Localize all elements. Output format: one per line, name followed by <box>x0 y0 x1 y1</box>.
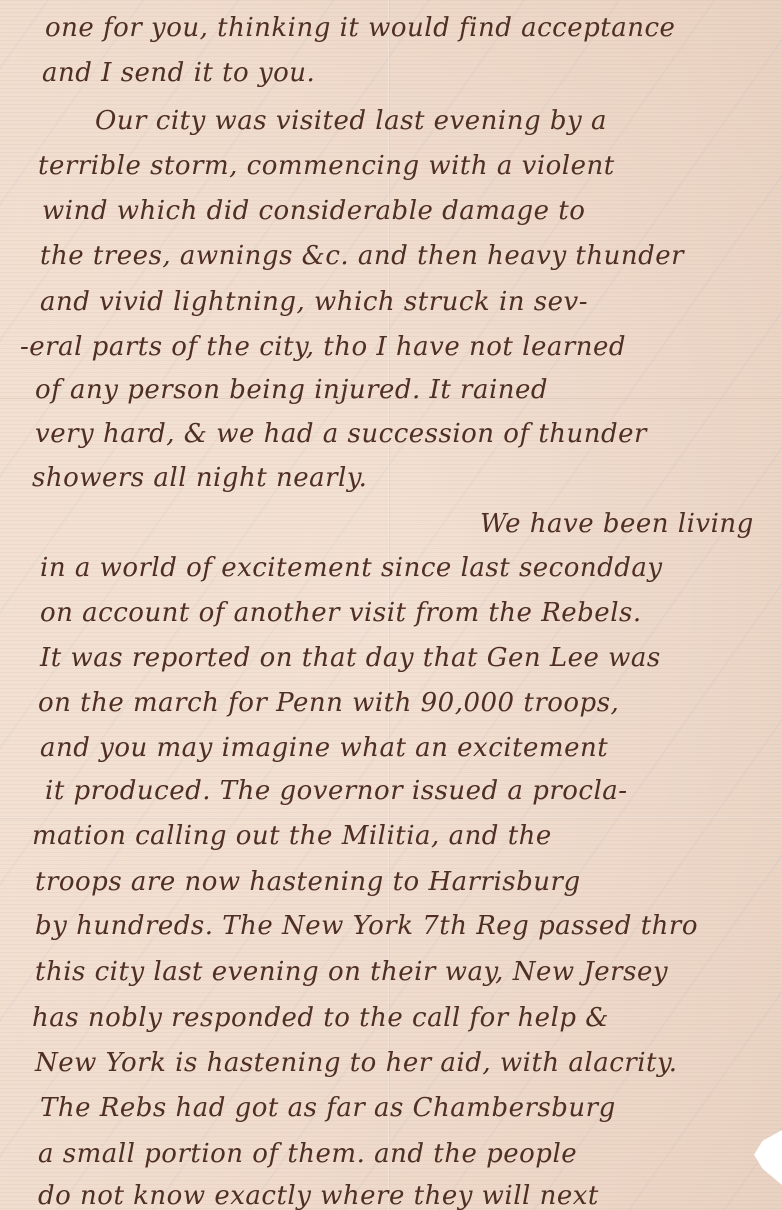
handwritten-line: New York is hastening to her aid, with a… <box>35 1043 782 1083</box>
handwritten-line: The Rebs had got as far as Chambersburg <box>40 1088 782 1128</box>
handwritten-line: troops are now hastening to Harrisburg <box>35 862 782 902</box>
handwritten-line: a small portion of them. and the people <box>38 1134 782 1174</box>
handwritten-line: showers all night nearly. <box>32 458 782 498</box>
handwritten-line: by hundreds. The New York 7th Reg passed… <box>35 906 782 946</box>
handwritten-line: one for you, thinking it would find acce… <box>45 8 782 48</box>
handwritten-line: the trees, awnings &c. and then heavy th… <box>40 236 782 276</box>
handwritten-line: very hard, & we had a succession of thun… <box>35 414 782 454</box>
handwritten-line: of any person being injured. It rained <box>35 370 782 410</box>
handwritten-line: has nobly responded to the call for help… <box>32 998 782 1038</box>
handwritten-line: in a world of excitement since last seco… <box>40 548 782 588</box>
handwritten-line: and you may imagine what an excitement <box>40 728 782 768</box>
handwritten-line: wind which did considerable damage to <box>42 191 782 231</box>
handwritten-line: it produced. The governor issued a procl… <box>45 771 782 811</box>
handwritten-line: on account of another visit from the Reb… <box>40 593 782 633</box>
handwritten-line: this city last evening on their way, New… <box>35 952 782 992</box>
handwritten-line: -eral parts of the city, tho I have not … <box>20 327 782 367</box>
handwritten-line: terrible storm, commencing with a violen… <box>38 146 782 186</box>
handwritten-line: It was reported on that day that Gen Lee… <box>40 638 782 678</box>
handwritten-line: Our city was visited last evening by a <box>95 101 782 141</box>
handwritten-line: mation calling out the Militia, and the <box>32 816 782 856</box>
handwritten-line: and vivid lightning, which struck in sev… <box>40 282 782 322</box>
handwritten-line: and I send it to you. <box>42 53 782 93</box>
handwritten-line: on the march for Penn with 90,000 troops… <box>38 683 782 723</box>
handwritten-line: We have been living <box>480 504 782 544</box>
handwritten-text: one for you, thinking it would find acce… <box>0 0 782 1210</box>
handwritten-line: do not know exactly where they will next <box>38 1176 782 1210</box>
letter-page: one for you, thinking it would find acce… <box>0 0 782 1210</box>
